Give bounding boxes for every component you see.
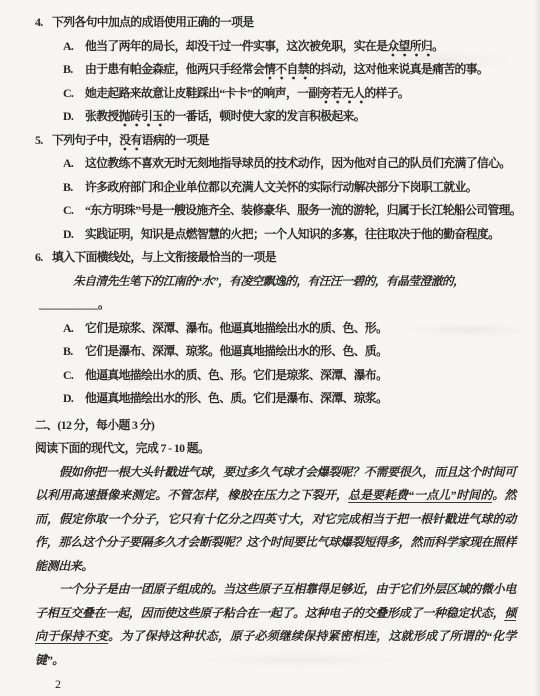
question-6-option-a: A.它们是琼浆、深潭、瀑布。他逼真地描绘出水的质、色、形。 [35, 317, 516, 341]
section-2-header: 二、(12 分，每小题 3 分) 阅读下面的现代文，完成 7 - 10 题。 [35, 414, 516, 461]
underlined-phrase: 总是要耗费“一点儿”时间的 [348, 488, 492, 503]
option-label: B. [63, 58, 85, 82]
question-4-option-d: D.张教授抛砖引玉的一番话，顿时使大家的发言积极起来。 [35, 105, 516, 129]
question-6-option-d: D.他逼真地描绘出水的形、色、质。它们是瀑布、深潭、琼浆。 [35, 387, 516, 411]
question-5-option-a: A.这位教练不喜欢无时无刻地指导球员的技术动作，因为他对自己的队员们充满了信心。 [35, 152, 516, 176]
question-4-option-a: A.他当了两年的局长，却没干过一件实事，这次被免职，实在是众望所归。 [35, 35, 516, 59]
emphasized-idiom: 抛砖引玉 [119, 109, 164, 127]
question-5-title-text: 语病的一项是 [142, 133, 209, 147]
option-text: 它们是琼浆、深潭、瀑布。他逼真地描绘出水的质、色、形。 [85, 321, 387, 335]
option-text: 他当了两年的局长，却没干过一件实事，这次被免职，实在是 [85, 39, 387, 53]
question-6-title: 6.填入下面横线处，与上文衔接最恰当的一项是 [35, 246, 516, 270]
option-text: 这位教练不喜欢无时无刻地指导球员的技术动作，因为他对自己的队员们充满了信心。 [85, 156, 511, 170]
option-label: D. [63, 105, 85, 129]
option-label: A. [63, 35, 85, 59]
exam-page: 4.下列各句中加点的成语使用正确的一项是 A.他当了两年的局长，却没干过一件实事… [0, 0, 540, 696]
emphasized-idiom: 旁若无人 [320, 86, 365, 104]
option-label: B. [63, 176, 85, 200]
question-6-title-text: 填入下面横线处，与上文衔接最恰当的一项是 [52, 250, 276, 264]
option-label: C. [63, 199, 85, 223]
question-5-number: 5. [35, 129, 52, 153]
option-label: D. [63, 223, 85, 247]
paragraph-text: 一个分子是由一团原子组成的。当这些原子互相靠得足够近，由于它们外层区域的微小电子… [35, 582, 516, 620]
question-4-title: 4.下列各句中加点的成语使用正确的一项是 [35, 11, 516, 35]
question-6: 6.填入下面横线处，与上文衔接最恰当的一项是 朱自清先生笔下的江南的“水”，有凌… [35, 246, 516, 411]
option-text: 它们是瀑布、深潭、琼浆。他逼真地描绘出水的形、色、质。 [85, 344, 387, 358]
question-6-option-c: C.他逼真地描绘出水的质、色、形。它们是琼浆、深潭、瀑布。 [35, 364, 516, 388]
option-text: 的样子。 [364, 86, 409, 100]
question-5-option-b: B.许多政府部门和企业单位都以充满人文关怀的实际行动解决部分下岗职工就业。 [35, 176, 516, 200]
option-text: 由于患有帕金森症，他两只手经常会 [85, 62, 264, 76]
fill-in-blank-line: __________。 [35, 293, 516, 317]
option-text: 实践证明，知识是点燃智慧的火把；一个人知识的多寡，往往取决于他的勤奋程度。 [85, 227, 499, 241]
question-4: 4.下列各句中加点的成语使用正确的一项是 A.他当了两年的局长，却没干过一件实事… [35, 11, 516, 129]
passage-paragraph-1: 假如你把一根大头针戳进气球，要过多久气球才会爆裂呢？不需要很久，而且这个时间可以… [35, 461, 516, 579]
question-6-quote: 朱自清先生笔下的江南的“水”，有凌空飘逸的，有汪汪一碧的，有晶莹澄澈的， [35, 270, 516, 294]
option-text: 许多政府部门和企业单位都以充满人文关怀的实际行动解决部分下岗职工就业。 [85, 180, 477, 194]
question-5-title-text: 下列句子中， [52, 133, 119, 147]
option-text: 的抖动，这对他来说真是痛苦的事。 [309, 62, 488, 76]
emphasized-idiom: 情不自禁 [264, 62, 309, 80]
option-text: 他逼真地描绘出水的形、色、质。它们是瀑布、深潭、琼浆。 [85, 391, 387, 405]
option-text: “东方明珠”号是一艘设施齐全、装修豪华、服务一流的游轮，归属于长江轮船公司管理。 [85, 203, 521, 217]
paragraph-text: 。为了保持这种状态，原子必须继续保持紧密相连，这就形成了所谓的“化学键”。 [35, 629, 516, 667]
question-5-option-c: C.“东方明珠”号是一艘设施齐全、装修豪华、服务一流的游轮，归属于长江轮船公司管… [35, 199, 516, 223]
page-number: 2 [35, 672, 516, 696]
option-label: A. [63, 152, 85, 176]
option-label: D. [63, 387, 85, 411]
question-4-option-b: B.由于患有帕金森症，他两只手经常会情不自禁的抖动，这对他来说真是痛苦的事。 [35, 58, 516, 82]
option-label: C. [63, 82, 85, 106]
option-text: 。 [432, 39, 443, 53]
option-text: 他逼真地描绘出水的质、色、形。它们是琼浆、深潭、瀑布。 [85, 368, 387, 382]
question-6-number: 6. [35, 246, 52, 270]
reading-instruction: 阅读下面的现代文，完成 7 - 10 题。 [35, 437, 516, 461]
option-label: C. [63, 364, 85, 388]
section-2-heading: 二、(12 分，每小题 3 分) [35, 414, 516, 438]
emphasized-word: 没有 [119, 133, 141, 151]
question-5-option-d: D.实践证明，知识是点燃智慧的火把；一个人知识的多寡，往往取决于他的勤奋程度。 [35, 223, 516, 247]
question-5: 5.下列句子中，没有语病的一项是 A.这位教练不喜欢无时无刻地指导球员的技术动作… [35, 129, 516, 247]
question-4-number: 4. [35, 11, 52, 35]
question-6-option-b: B.它们是瀑布、深潭、琼浆。他逼真地描绘出水的形、色、质。 [35, 340, 516, 364]
option-label: A. [63, 317, 85, 341]
option-text: 的一番话，顿时使大家的发言积极起来。 [163, 109, 365, 123]
reading-passage: 假如你把一根大头针戳进气球，要过多久气球才会爆裂呢？不需要很久，而且这个时间可以… [35, 461, 516, 673]
option-text: 张教授 [85, 109, 119, 123]
question-4-option-c: C.她走起路来故意让皮鞋踩出“卡卡”的响声，一副旁若无人的样子。 [35, 82, 516, 106]
option-text: 她走起路来故意让皮鞋踩出“卡卡”的响声，一副 [85, 86, 320, 100]
option-label: B. [63, 340, 85, 364]
emphasized-idiom: 众望所归 [387, 39, 432, 57]
question-4-title-text: 下列各句中加点的成语使用正确的一项是 [52, 15, 254, 29]
passage-paragraph-2: 一个分子是由一团原子组成的。当这些原子互相靠得足够近，由于它们外层区域的微小电子… [35, 578, 516, 672]
question-5-title: 5.下列句子中，没有语病的一项是 [35, 129, 516, 153]
